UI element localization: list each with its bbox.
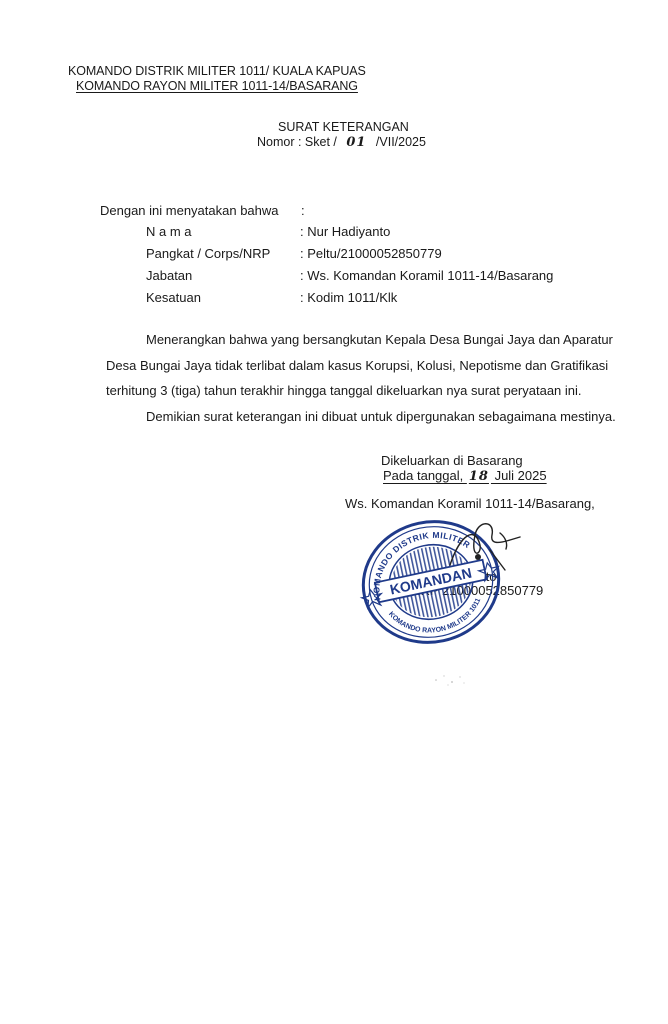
body-paragraph-2: Demikian surat keterangan ini dibuat unt… (106, 404, 646, 430)
issued-date: Pada tanggal, 18 Juli 2025 (383, 468, 551, 484)
scan-noise-icon (430, 668, 470, 690)
field-value-kesatuan: : Kodim 1011/Klk (300, 290, 397, 305)
date-label: Pada tanggal, (383, 468, 467, 483)
document-number-prefix: Nomor : Sket / (257, 135, 340, 149)
intro-text: Dengan ini menyatakan bahwa (100, 203, 279, 218)
body-text: Menerangkan bahwa yang bersangkutan Kepa… (106, 327, 646, 429)
field-label-pangkat: Pangkat / Corps/NRP (146, 246, 270, 261)
field-value-pangkat: : Peltu/21000052850779 (300, 246, 442, 261)
date-rest: Juli 2025 (491, 468, 547, 483)
document-number: Nomor : Sket / 01 /VII/2025 (257, 135, 426, 150)
field-value-jabatan: : Ws. Komandan Koramil 1011-14/Basarang (300, 268, 553, 283)
intro-colon: : (301, 203, 305, 218)
signer-position: Ws. Komandan Koramil 1011-14/Basarang, (345, 496, 595, 511)
field-label-kesatuan: Kesatuan (146, 290, 201, 305)
document-number-handwritten: 01 (346, 135, 366, 150)
signature-icon (420, 515, 530, 575)
document-number-suffix: /VII/2025 (372, 135, 426, 149)
issued-label: Dikeluarkan di (381, 453, 467, 468)
field-value-nama: : Nur Hadiyanto (300, 224, 390, 239)
field-label-jabatan: Jabatan (146, 268, 192, 283)
date-day-handwritten: 18 (469, 469, 489, 484)
document-title: SURAT KETERANGAN (278, 120, 409, 134)
letterhead-line-1: KOMANDO DISTRIK MILITER 1011/ KUALA KAPU… (68, 64, 366, 78)
issued-place: Dikeluarkan di Basarang (381, 453, 523, 468)
letterhead-line-2: KOMANDO RAYON MILITER 1011-14/BASARANG (76, 79, 358, 93)
body-paragraph-1: Menerangkan bahwa yang bersangkutan Kepa… (106, 327, 646, 404)
field-label-nama: N a m a (146, 224, 192, 239)
issued-place-value: Basarang (467, 453, 523, 468)
